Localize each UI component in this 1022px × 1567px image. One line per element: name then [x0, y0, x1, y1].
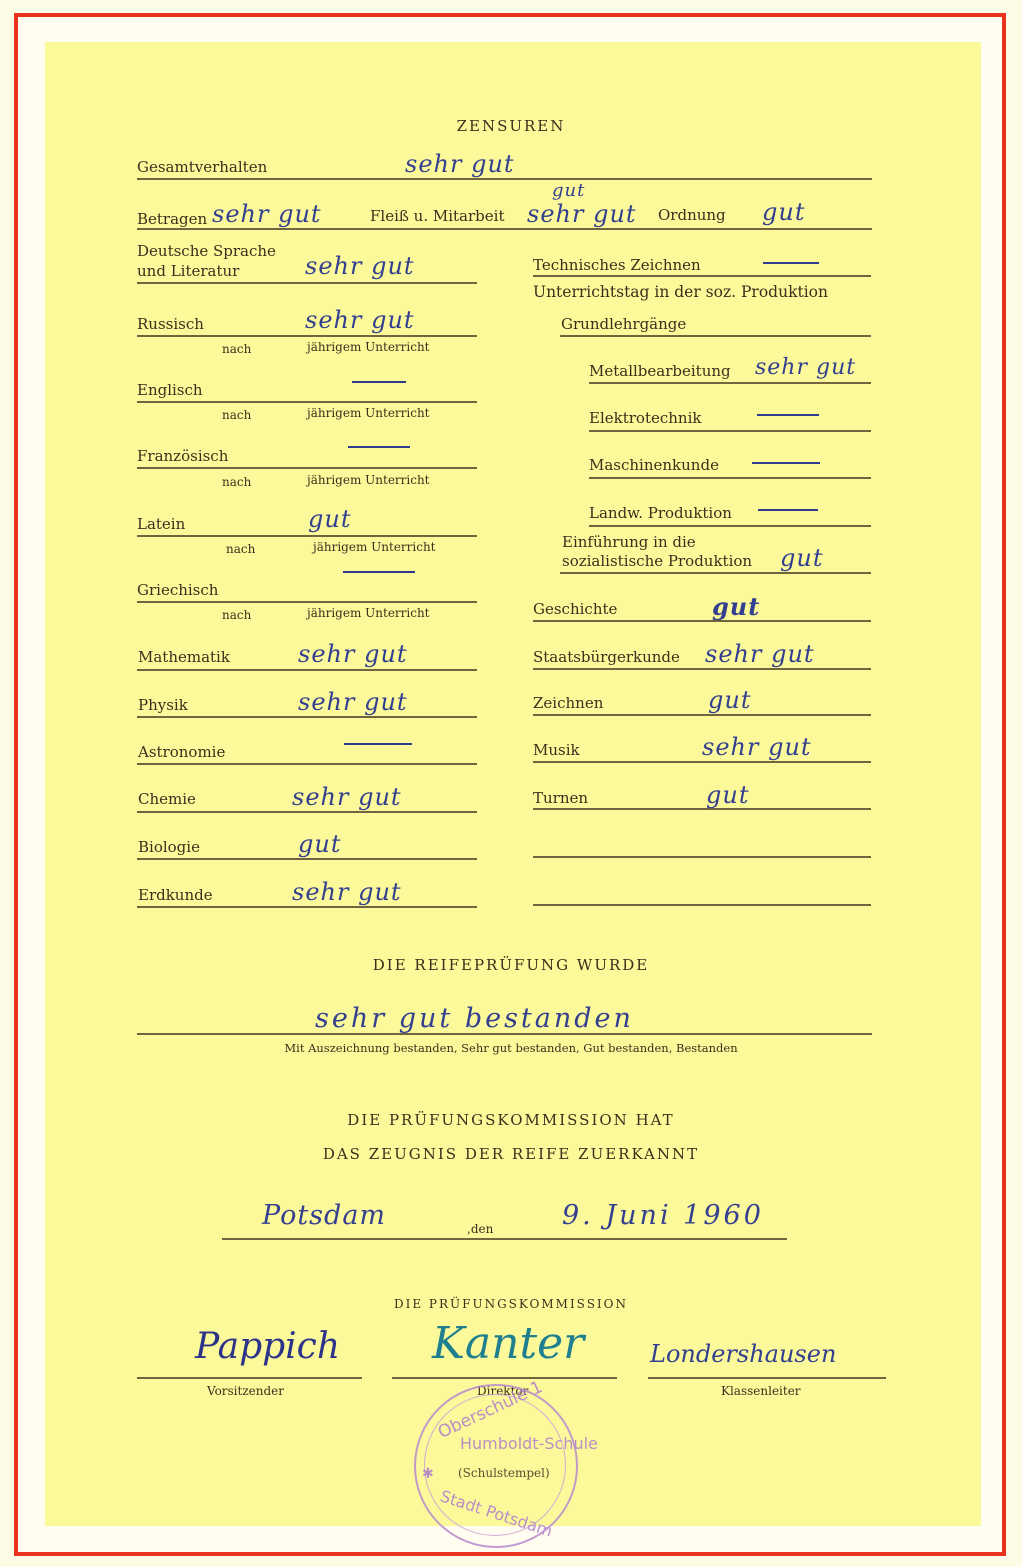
grade-technisches-zeichnen-dash: [763, 262, 819, 264]
label-russisch: Russisch: [137, 315, 204, 333]
date: 9. Juni 1960: [562, 1200, 764, 1231]
grade-fleiss-correction: gut: [552, 180, 585, 201]
grade-musik: sehr gut: [702, 733, 812, 761]
label-ordnung: Ordnung: [658, 206, 726, 224]
grade-englisch-dash: [352, 381, 406, 383]
grade-deutsch: sehr gut: [305, 252, 415, 280]
grade-turnen: gut: [706, 781, 749, 809]
grade-biologie: gut: [298, 830, 341, 858]
rule: [533, 856, 871, 858]
label-metall: Metallbearbeitung: [589, 362, 731, 380]
rule: [589, 382, 871, 384]
grade-mathematik: sehr gut: [298, 640, 408, 668]
grade-astronomie-dash: [344, 743, 412, 745]
grade-latein: gut: [308, 505, 351, 533]
rule: [137, 401, 477, 403]
award-line-1: DIE PRÜFUNGSKOMMISSION HAT: [0, 1111, 1022, 1129]
reifepruefung-options: Mit Auszeichnung bestanden, Sehr gut bes…: [0, 1041, 1022, 1055]
rule: [560, 572, 871, 574]
signature-vorsitzender: Pappich: [195, 1326, 340, 1367]
label-chemie: Chemie: [138, 790, 196, 808]
note-nach: nach: [222, 408, 251, 422]
label-astronomie: Astronomie: [138, 743, 225, 761]
note-unterricht: jährigem Unterricht: [307, 473, 430, 487]
school-stamp: Oberschule 1 Humboldt-Schule ✱ Stadt Pot…: [414, 1384, 578, 1548]
rule: [560, 335, 871, 337]
reifepruefung-heading: DIE REIFEPRÜFUNG WURDE: [0, 956, 1022, 974]
label-franzoesisch: Französisch: [137, 447, 228, 465]
label-turnen: Turnen: [533, 789, 588, 807]
rule: [137, 601, 477, 603]
rule: [392, 1377, 617, 1379]
rule: [648, 1377, 886, 1379]
rule: [137, 1033, 872, 1035]
grade-erdkunde: sehr gut: [292, 878, 402, 906]
label-latein: Latein: [137, 515, 185, 533]
label-einfuehrung-2: sozialistische Produktion: [562, 552, 752, 570]
rule: [137, 763, 477, 765]
label-grundlehrgaenge: Grundlehrgänge: [561, 315, 686, 333]
rule: [137, 535, 477, 537]
rule: [589, 477, 871, 479]
rule: [533, 808, 871, 810]
commission-heading: DIE PRÜFUNGSKOMMISSION: [0, 1297, 1022, 1311]
grade-landw-dash: [758, 509, 818, 511]
grade-staatsbuergerkunde: sehr gut: [705, 640, 815, 668]
rule: [137, 906, 477, 908]
grade-ordnung: gut: [762, 198, 805, 226]
grade-maschinen-dash: [752, 462, 820, 464]
label-maschinen: Maschinenkunde: [589, 456, 719, 474]
rule: [137, 228, 872, 230]
signature-direktor: Kanter: [432, 1318, 584, 1369]
rule: [533, 620, 871, 622]
label-musik: Musik: [533, 741, 580, 759]
rule: [533, 761, 871, 763]
grade-geschichte: gut: [712, 592, 760, 621]
rule: [533, 904, 871, 906]
note-unterricht: jährigem Unterricht: [307, 606, 430, 620]
rule: [533, 714, 871, 716]
rule: [137, 467, 477, 469]
note-nach: nach: [222, 475, 251, 489]
note-unterricht: jährigem Unterricht: [313, 540, 436, 554]
rule: [137, 178, 872, 180]
grade-elektro-dash: [757, 414, 819, 416]
label-mathematik: Mathematik: [138, 648, 230, 666]
note-nach: nach: [222, 342, 251, 356]
role-vorsitzender: Vorsitzender: [207, 1384, 284, 1398]
grade-einfuehrung: gut: [780, 544, 823, 572]
rule: [137, 858, 477, 860]
place: Potsdam: [262, 1200, 386, 1231]
label-elektro: Elektrotechnik: [589, 409, 701, 427]
reifepruefung-result: sehr gut bestanden: [315, 1003, 634, 1034]
rule: [137, 1377, 362, 1379]
section-title: ZENSUREN: [0, 117, 1022, 135]
grade-gesamtverhalten: sehr gut: [405, 150, 515, 178]
award-line-2: DAS ZEUGNIS DER REIFE ZUERKANNT: [0, 1145, 1022, 1163]
rule: [533, 668, 871, 670]
label-biologie: Biologie: [138, 838, 200, 856]
rule: [137, 811, 477, 813]
grade-griechisch-dash: [343, 571, 415, 573]
role-klassenleiter: Klassenleiter: [721, 1384, 801, 1398]
label-physik: Physik: [138, 696, 188, 714]
label-betragen: Betragen: [137, 210, 207, 228]
grade-franzoesisch-dash: [348, 446, 410, 448]
grade-betragen: sehr gut: [212, 200, 322, 228]
label-staatsbuergerkunde: Staatsbürgerkunde: [533, 648, 680, 666]
grade-physik: sehr gut: [298, 688, 408, 716]
note-nach: nach: [222, 608, 251, 622]
label-erdkunde: Erdkunde: [138, 886, 213, 904]
stamp-label: (Schulstempel): [458, 1466, 550, 1480]
grade-russisch: sehr gut: [305, 306, 415, 334]
label-deutsch-1: Deutsche Sprache: [137, 242, 276, 260]
label-englisch: Englisch: [137, 381, 203, 399]
signature-klassenleiter: Londershausen: [650, 1340, 836, 1368]
stamp-middle-text: Humboldt-Schule: [460, 1434, 598, 1453]
rule: [137, 335, 477, 337]
den-label: ,den: [467, 1222, 493, 1236]
label-landw: Landw. Produktion: [589, 504, 732, 522]
rule: [589, 525, 871, 527]
rule: [137, 669, 477, 671]
rule: [137, 716, 477, 718]
grade-chemie: sehr gut: [292, 783, 402, 811]
grade-zeichnen: gut: [708, 686, 751, 714]
label-gesamtverhalten: Gesamtverhalten: [137, 158, 267, 176]
label-deutsch-2: und Literatur: [137, 262, 239, 280]
heading-unterrichtstag: Unterrichtstag in der soz. Produktion: [533, 283, 828, 301]
rule: [533, 275, 871, 277]
label-griechisch: Griechisch: [137, 581, 218, 599]
label-zeichnen: Zeichnen: [533, 694, 603, 712]
rule: [137, 282, 477, 284]
label-fleiss: Fleiß u. Mitarbeit: [370, 207, 504, 225]
label-einfuehrung-1: Einführung in die: [562, 533, 696, 551]
note-unterricht: jährigem Unterricht: [307, 340, 430, 354]
label-technisches-zeichnen: Technisches Zeichnen: [533, 256, 701, 274]
note-unterricht: jährigem Unterricht: [307, 406, 430, 420]
label-geschichte: Geschichte: [533, 600, 617, 618]
rule: [589, 430, 871, 432]
grade-metall: sehr gut: [755, 355, 856, 380]
stamp-star-icon: ✱: [422, 1466, 434, 1482]
grade-fleiss: sehr gut: [527, 200, 637, 228]
rule: [222, 1238, 787, 1240]
note-nach: nach: [226, 542, 255, 556]
